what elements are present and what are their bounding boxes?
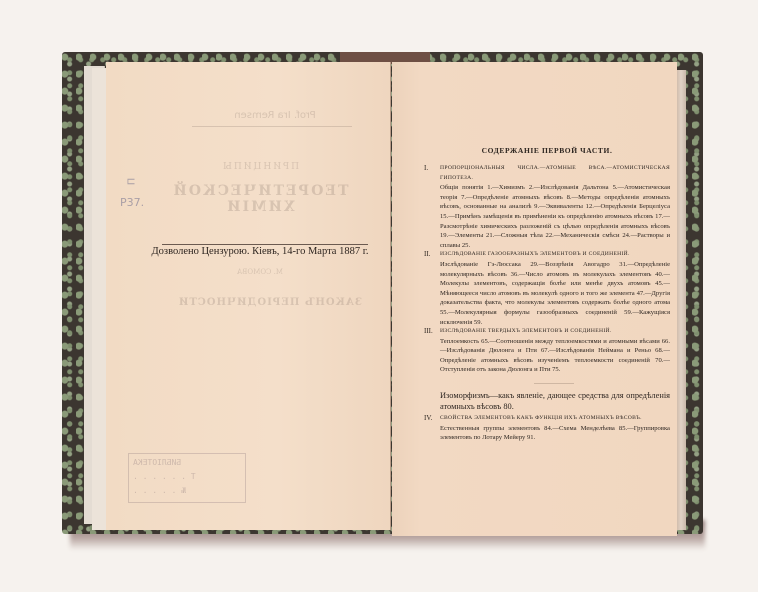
- toc-section: IV. Свойства элементовъ какъ функцiя ихъ…: [424, 414, 670, 443]
- section-number: III.: [424, 327, 440, 375]
- stamp-line: Т . . . . . .: [133, 470, 241, 484]
- section-number: I.: [424, 164, 440, 250]
- library-stamp: БИБЛIОТЕКА Т . . . . . . № . . . . .: [128, 453, 246, 503]
- table-of-contents: СОДЕРЖАНIЕ ПЕРВОЙ ЧАСТИ. I. Пропорцiонал…: [424, 146, 670, 443]
- page-block-edges: [676, 70, 686, 530]
- section-text: Общiя понятiя 1.—Химизмъ 2.—Изслѣдованiя…: [440, 183, 670, 250]
- show-through-title-line1: ПРИНЦИПЫ: [190, 162, 330, 172]
- show-through-subtitle: М. СОМОВА: [150, 268, 370, 276]
- show-through-title-line2: ТЕОРЕТИЧЕСКОЙ ХИМIИ: [150, 183, 370, 215]
- show-through-rule: [192, 126, 352, 127]
- section-text: Естественныя группы элементовъ 84.—Схема…: [440, 424, 670, 443]
- section-heading: Пропорцiональныя числа.—Атомные вѣса.—Ат…: [440, 164, 670, 183]
- section-text: Теплоемкость 65.—Соотношенiя между тепло…: [440, 337, 670, 375]
- section-number: IV.: [424, 414, 440, 443]
- show-through-author: Prof. Ira Remsen: [200, 110, 350, 121]
- censor-rule: [162, 244, 368, 245]
- pencil-shelfmark: Р37.: [120, 196, 144, 209]
- stamp-line: БИБЛIОТЕКА: [133, 456, 241, 470]
- section-heading: Свойства элементовъ какъ функцiя ихъ ато…: [440, 414, 670, 424]
- section-heading: Изслѣдованiе газообразныхъ элементовъ и …: [440, 250, 670, 260]
- separator-rule: [534, 383, 574, 384]
- toc-section: III. Изслѣдованiе твердыхъ элементовъ и …: [424, 327, 670, 375]
- pencil-mark: П: [126, 178, 137, 186]
- section-heading: Изслѣдованiе твердыхъ элементовъ и соеди…: [440, 327, 670, 337]
- toc-title: СОДЕРЖАНIЕ ПЕРВОЙ ЧАСТИ.: [424, 146, 670, 155]
- section-text: Изслѣдованiе Гэ-Люссака 29.—Воззрѣнiя Ав…: [440, 260, 670, 327]
- censorship-note: Дозволено Цензурою. Кiевъ, 14-го Марта 1…: [140, 246, 380, 257]
- show-through-law-heading: ЗАКОНЪ ПЕРIОДИЧНОСТИ: [170, 297, 370, 308]
- toc-section: I. Пропорцiональныя числа.—Атомные вѣса.…: [424, 164, 670, 250]
- section-number: II.: [424, 250, 440, 327]
- stamp-line: № . . . . .: [133, 484, 241, 498]
- isomorphism-entry: Изоморфизмъ—какъ явленiе, дающее средств…: [440, 390, 670, 412]
- toc-section: II. Изслѣдованiе газообразныхъ элементов…: [424, 250, 670, 327]
